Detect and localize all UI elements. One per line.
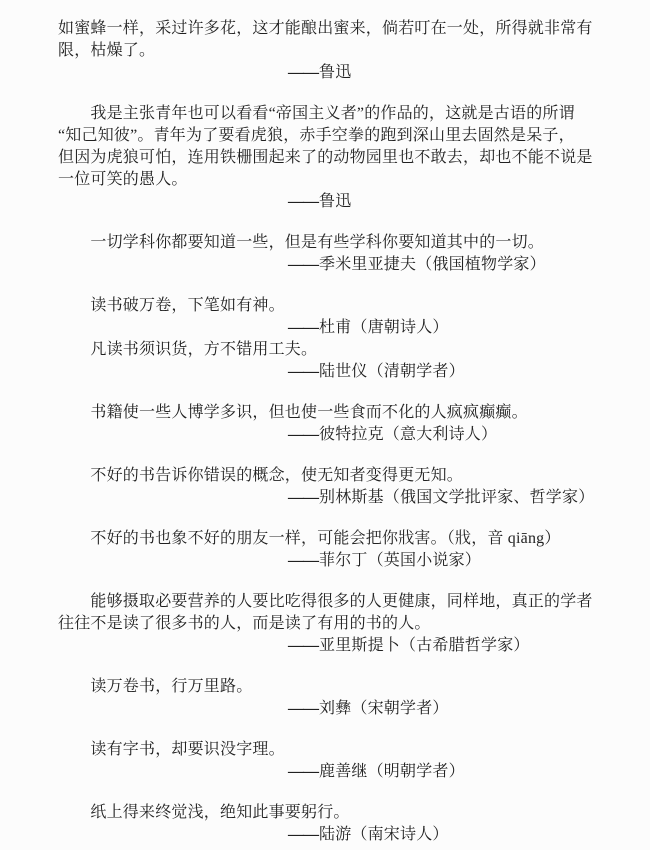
quote-block: 纸上得来终觉浅，绝知此事要躬行。 ——陆游（南宋诗人） (58, 802, 594, 846)
document-page: 如蜜蜂一样，采过许多花，这才能酿出蜜来，倘若叮在一处，所得就非常有 限，枯燥了。… (0, 0, 650, 850)
quote-block: 我是主张青年也可以看看“帝国主义者”的作品的，这就是古语的所谓 “知己知彼”。青… (58, 103, 594, 213)
quote-block: 读万卷书，行万里路。 ——刘彝（宋朝学者） (58, 676, 594, 720)
attribution-author: 季米里亚捷夫（俄国植物学家） (319, 256, 546, 273)
attribution: ——鲁迅 (288, 62, 594, 84)
attribution: ——别林斯基（俄国文学批评家、哲学家） (288, 487, 594, 509)
quote-block: 一切学科你都要知道一些，但是有些学科你要知道其中的一切。 ——季米里亚捷夫（俄国… (58, 232, 594, 276)
attribution-author: 杜甫（唐朝诗人） (319, 319, 449, 336)
quote-block: 凡读书须识货，方不错用工夫。 ——陆世仪（清朝学者） (58, 339, 594, 383)
attribution-dash: —— (288, 826, 318, 843)
quote-block: 如蜜蜂一样，采过许多花，这才能酿出蜜来，倘若叮在一处，所得就非常有 限，枯燥了。… (58, 18, 594, 84)
attribution-author: 菲尔丁（英国小说家） (319, 552, 481, 569)
attribution-author: 鲁迅 (319, 193, 351, 210)
attribution-dash: —— (288, 256, 318, 273)
quote-line: 读有字书，却要识没字理。 (58, 739, 594, 761)
attribution: ——季米里亚捷夫（俄国植物学家） (288, 254, 594, 276)
attribution-dash: —— (288, 64, 318, 81)
quote-line: 读书破万卷，下笔如有神。 (58, 295, 594, 317)
quote-line: 不好的书告诉你错误的概念，使无知者变得更无知。 (58, 465, 594, 487)
quote-line: 往往不是读了很多书的人，而是读了有用的书的人。 (58, 613, 594, 635)
attribution: ——亚里斯提卜（古希腊哲学家） (288, 635, 594, 657)
attribution: ——陆游（南宋诗人） (288, 824, 594, 846)
quote-block: 读书破万卷，下笔如有神。 ——杜甫（唐朝诗人） (58, 295, 594, 339)
quote-line: 但因为虎狼可怕，连用铁栅围起来了的动物园里也不敢去，却也不能不说是 (58, 147, 594, 169)
attribution-dash: —— (288, 489, 318, 506)
quote-line: 读万卷书，行万里路。 (58, 676, 594, 698)
attribution-dash: —— (288, 319, 318, 336)
attribution: ——彼特拉克（意大利诗人） (288, 424, 594, 446)
quote-line: 书籍使一些人博学多识，但也使一些食而不化的人疯疯癫癫。 (58, 402, 594, 424)
attribution-author: 刘彝（宋朝学者） (319, 700, 449, 717)
quote-block: 能够摄取必要营养的人要比吃得很多的人更健康，同样地，真正的学者 往往不是读了很多… (58, 591, 594, 657)
quote-line: “知己知彼”。青年为了要看虎狼，赤手空拳的跑到深山里去固然是呆子， (58, 125, 594, 147)
attribution: ——陆世仪（清朝学者） (288, 361, 594, 383)
attribution-dash: —— (288, 426, 318, 443)
quote-block: 读有字书，却要识没字理。 ——鹿善继（明朝学者） (58, 739, 594, 783)
attribution-author: 陆游（南宋诗人） (319, 826, 449, 843)
attribution: ——刘彝（宋朝学者） (288, 698, 594, 720)
quote-line: 不好的书也象不好的朋友一样，可能会把你戕害。（戕，音 qiāng） (58, 528, 594, 550)
quote-block: 不好的书也象不好的朋友一样，可能会把你戕害。（戕，音 qiāng） ——菲尔丁（… (58, 528, 594, 572)
attribution-dash: —— (288, 700, 318, 717)
attribution-author: 陆世仪（清朝学者） (319, 363, 465, 380)
attribution: ——杜甫（唐朝诗人） (288, 317, 594, 339)
attribution-dash: —— (288, 193, 318, 210)
attribution-author: 鹿善继（明朝学者） (319, 763, 465, 780)
attribution: ——菲尔丁（英国小说家） (288, 550, 594, 572)
attribution: ——鲁迅 (288, 191, 594, 213)
attribution-dash: —— (288, 637, 318, 654)
quote-line: 如蜜蜂一样，采过许多花，这才能酿出蜜来，倘若叮在一处，所得就非常有 (58, 18, 594, 40)
quote-line: 能够摄取必要营养的人要比吃得很多的人更健康，同样地，真正的学者 (58, 591, 594, 613)
attribution-author: 鲁迅 (319, 64, 351, 81)
quote-line: 纸上得来终觉浅，绝知此事要躬行。 (58, 802, 594, 824)
attribution-author: 亚里斯提卜（古希腊哲学家） (319, 637, 530, 654)
attribution-dash: —— (288, 763, 318, 780)
quote-line: 一位可笑的愚人。 (58, 169, 594, 191)
quote-line: 一切学科你都要知道一些，但是有些学科你要知道其中的一切。 (58, 232, 594, 254)
attribution-dash: —— (288, 552, 318, 569)
quote-line: 限，枯燥了。 (58, 40, 594, 62)
attribution-dash: —— (288, 363, 318, 380)
quote-line: 凡读书须识货，方不错用工夫。 (58, 339, 594, 361)
quote-block: 书籍使一些人博学多识，但也使一些食而不化的人疯疯癫癫。 ——彼特拉克（意大利诗人… (58, 402, 594, 446)
quote-block: 不好的书告诉你错误的概念，使无知者变得更无知。 ——别林斯基（俄国文学批评家、哲… (58, 465, 594, 509)
quote-line: 我是主张青年也可以看看“帝国主义者”的作品的，这就是古语的所谓 (58, 103, 594, 125)
attribution: ——鹿善继（明朝学者） (288, 761, 594, 783)
attribution-author: 别林斯基（俄国文学批评家、哲学家） (319, 489, 594, 506)
attribution-author: 彼特拉克（意大利诗人） (319, 426, 497, 443)
